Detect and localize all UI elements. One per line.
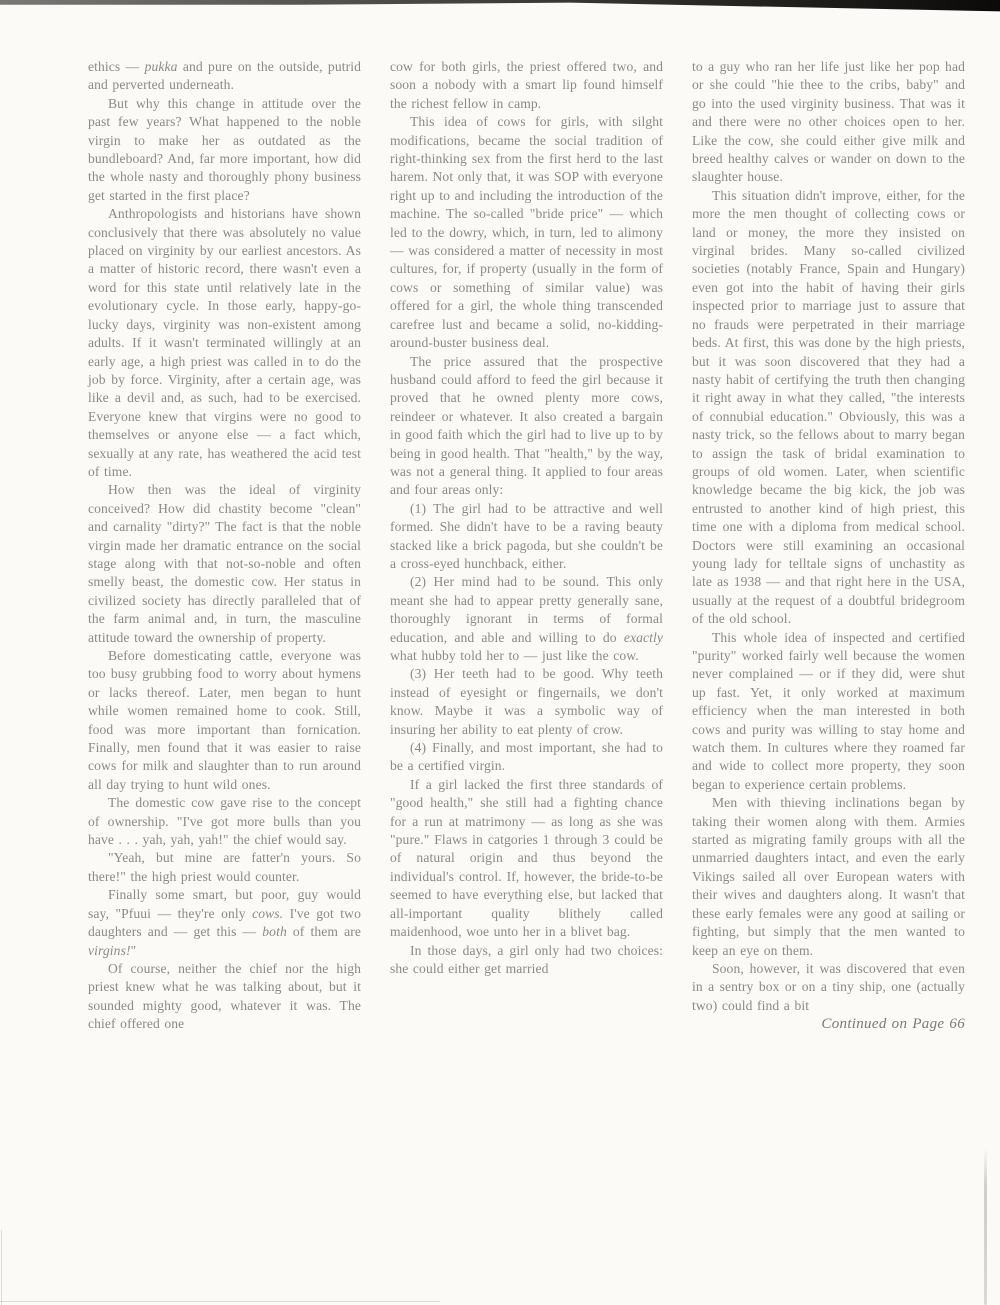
paragraph: (3) Her teeth had to be good. Why teeth …	[390, 665, 663, 739]
paragraph: This idea of cows for girls, with silght…	[390, 113, 663, 352]
article-column-3: to a guy who ran her life just like her …	[692, 58, 965, 1034]
paragraph: cow for both girls, the priest offered t…	[390, 58, 663, 113]
paragraph: Of course, neither the chief nor the hig…	[88, 960, 361, 1034]
paragraph: ethics — pukka and pure on the outside, …	[88, 58, 361, 95]
paragraph: Men with thieving inclinations began by …	[692, 794, 965, 960]
paragraph: Soon, however, it was discovered that ev…	[692, 960, 965, 1015]
paragraph: This situation didn't improve, either, f…	[692, 187, 965, 629]
paragraph: The price assured that the prospective h…	[390, 353, 663, 500]
continued-on-page-notice: Continued on Page 66	[692, 1015, 965, 1033]
scan-edge-bottom	[0, 1301, 440, 1302]
paragraph: Anthropologists and historians have show…	[88, 205, 361, 481]
paragraph: How then was the ideal of virginity conc…	[88, 481, 361, 647]
scan-edge-top	[0, 0, 1000, 12]
paragraph: (4) Finally, and most important, she had…	[390, 739, 663, 776]
scan-edge-left	[1, 1230, 2, 1305]
article-column-2: cow for both girls, the priest offered t…	[390, 58, 663, 1034]
paragraph: Finally some smart, but poor, guy would …	[88, 886, 361, 960]
article-columns: ethics — pukka and pure on the outside, …	[88, 58, 966, 1034]
article-column-1: ethics — pukka and pure on the outside, …	[88, 58, 361, 1034]
paragraph: to a guy who ran her life just like her …	[692, 58, 965, 187]
paragraph: Before domesticating cattle, everyone wa…	[88, 647, 361, 794]
paragraph: The domestic cow gave rise to the concep…	[88, 794, 361, 849]
paragraph: This whole idea of inspected and certifi…	[692, 629, 965, 795]
paragraph: But why this change in attitude over the…	[88, 95, 361, 205]
paragraph: In those days, a girl only had two choic…	[390, 942, 663, 979]
paragraph: (1) The girl had to be attractive and we…	[390, 500, 663, 574]
magazine-page-scan: ethics — pukka and pure on the outside, …	[0, 0, 1000, 1305]
paragraph: (2) Her mind had to be sound. This only …	[390, 573, 663, 665]
paragraph: If a girl lacked the first three standar…	[390, 776, 663, 942]
scan-edge-right	[984, 1148, 987, 1305]
paragraph: "Yeah, but mine are fatter'n yours. So t…	[88, 849, 361, 886]
